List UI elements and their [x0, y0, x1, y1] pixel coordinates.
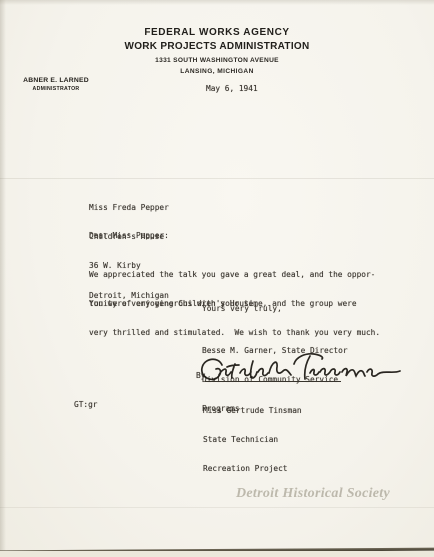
archive-watermark: Detroit Historical Society — [236, 486, 426, 502]
handwritten-signature — [193, 350, 408, 390]
letterhead-administration: WORK PROJECTS ADMINISTRATION — [0, 41, 434, 52]
letterhead-city-state: LANSING, MICHIGAN — [0, 68, 434, 75]
official-title: ADMINISTRATOR — [20, 86, 92, 92]
letter-date: May 6, 1941 — [206, 84, 258, 94]
recipient-name: Miss Freda Pepper — [89, 203, 169, 213]
signer-title: State Technician — [203, 435, 302, 445]
paper-crease — [0, 507, 434, 508]
letterhead-street-address: 1331 SOUTH WASHINGTON AVENUE — [0, 57, 434, 64]
paper-left-edge-shadow — [0, 0, 6, 557]
salutation: Dear Miss Pepper: — [89, 231, 169, 241]
letter-scan: FEDERAL WORKS AGENCY WORK PROJECTS ADMIN… — [0, 0, 434, 557]
letterhead-agency: FEDERAL WORKS AGENCY — [0, 27, 434, 38]
reference-initials: GT:gr — [74, 400, 97, 410]
paper-bottom-strip — [0, 551, 434, 557]
body-line: We appreciated the talk you gave a great… — [89, 270, 375, 280]
paper-top-edge-shadow — [0, 0, 434, 5]
letterhead-official-block: ABNER E. LARNED ADMINISTRATOR — [20, 77, 92, 92]
official-name: ABNER E. LARNED — [20, 77, 92, 84]
signer-project: Recreation Project — [203, 464, 302, 474]
signer-name: Miss Gertrude Tinsman — [203, 406, 302, 416]
signer-block: Miss Gertrude Tinsman State Technician R… — [203, 386, 302, 494]
paper-crease — [0, 178, 434, 179]
valediction: Yours very truly, — [202, 304, 282, 314]
